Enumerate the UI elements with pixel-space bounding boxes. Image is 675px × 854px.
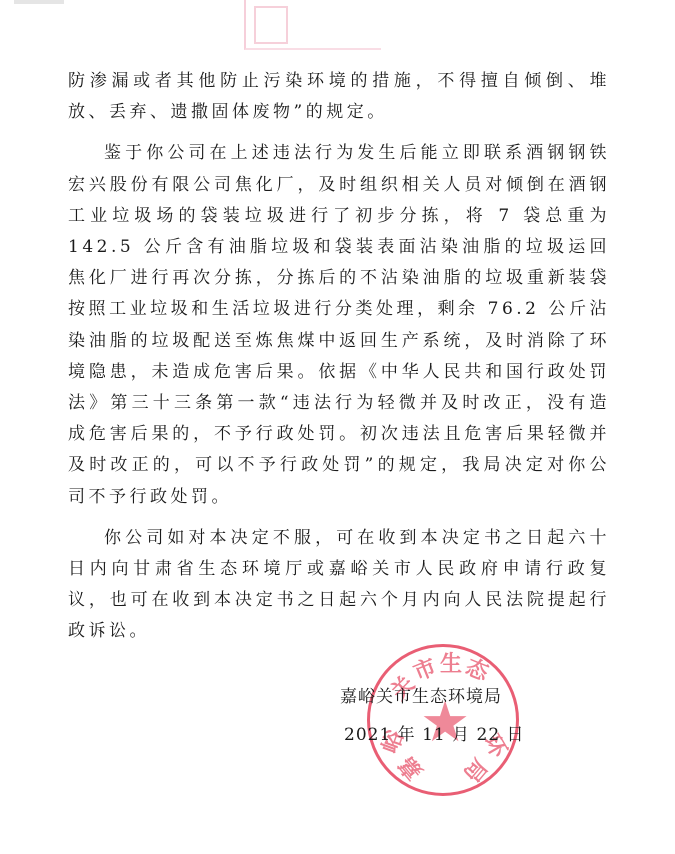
- issue-date: 2021 年 11 月 22 日: [340, 720, 580, 750]
- paragraph-appeal-rights: 你公司如对本决定不服，可在收到本决定书之日起六十日内向甘肃省生态环境厅或嘉峪关市…: [68, 523, 610, 648]
- document-page: 防渗漏或者其他防止污染环境的措施，不得擅自倾倒、堆放、丢弃、遗撒固体废物”的规定…: [0, 0, 675, 854]
- paragraph-mitigation: 鉴于你公司在上述违法行为发生后能立即联系酒钢钢铁宏兴股份有限公司焦化厂，及时组织…: [68, 138, 610, 512]
- seal-char: 嘉: [396, 752, 427, 783]
- issuing-authority: 嘉峪关市生态环境局: [340, 682, 580, 712]
- document-body: 防渗漏或者其他防止污染环境的措施，不得擅自倾倒、堆放、丢弃、遗撒固体废物”的规定…: [68, 66, 610, 648]
- seal-char: 态: [463, 656, 492, 685]
- seal-char: 市: [411, 656, 440, 685]
- signature-block: 嘉峪关市生态环境局 2021 年 11 月 22 日: [340, 682, 580, 750]
- paragraph-regulation-tail: 防渗漏或者其他防止污染环境的措施，不得擅自倾倒、堆放、丢弃、遗撒固体废物”的规定…: [68, 66, 610, 128]
- partial-stamp-mark: [244, 0, 381, 50]
- scan-artifact: [14, 0, 64, 4]
- seal-char: 生: [440, 653, 462, 675]
- seal-char: 局: [460, 754, 491, 785]
